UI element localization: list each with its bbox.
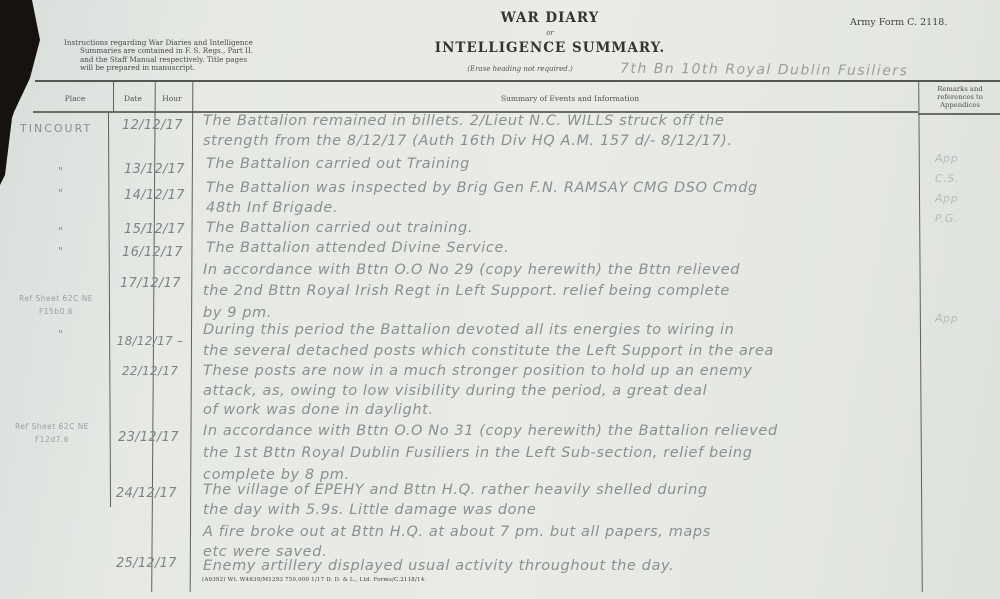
entry-line: the day with 5.9s. Little damage was don… bbox=[203, 502, 536, 518]
entry-date: 13/12/17 bbox=[124, 162, 185, 177]
entry-place: TINCOURT bbox=[20, 122, 92, 135]
entry-place-map-ref: Ref Sheet 62C NE F15b0.6 bbox=[6, 292, 106, 318]
column-header-date: Date bbox=[114, 94, 152, 103]
entry-line: Enemy artillery displayed usual activity… bbox=[203, 558, 674, 574]
column-header-hour: Hour bbox=[154, 94, 190, 103]
entry-date: 25/12/17 bbox=[116, 556, 177, 571]
entry-line: by 9 pm. bbox=[203, 305, 272, 321]
column-divider bbox=[190, 82, 194, 592]
army-form-number: Army Form C. 2118. bbox=[850, 17, 947, 28]
entry-date: 12/12/17 bbox=[122, 118, 183, 133]
instructions-line: will be prepared in manuscript. bbox=[64, 64, 294, 72]
entry-line: The Battalion was inspected by Brig Gen … bbox=[206, 180, 758, 196]
entry-line: The Battalion attended Divine Service. bbox=[206, 240, 509, 256]
entry-date: 16/12/17 bbox=[122, 245, 183, 260]
column-divider bbox=[108, 112, 111, 507]
instructions-block: Instructions regarding War Diaries and I… bbox=[64, 39, 294, 72]
column-divider bbox=[918, 82, 923, 592]
entry-line: A fire broke out at Bttn H.Q. at about 7… bbox=[203, 524, 711, 540]
remark-note: App bbox=[935, 312, 958, 325]
entry-place-map-ref: Ref Sheet 62C NE F12d7.6 bbox=[2, 420, 102, 446]
header-rule-bottom-remarks bbox=[918, 113, 1000, 115]
entry-date: 17/12/17 bbox=[120, 276, 181, 291]
remark-note: App bbox=[935, 192, 958, 205]
column-header-remarks: Remarks and references to Appendices bbox=[924, 85, 996, 109]
entry-line: The village of EPEHY and Bttn H.Q. rathe… bbox=[203, 482, 708, 498]
erase-note: (Erase heading not required.) bbox=[420, 65, 620, 73]
remark-note: App bbox=[935, 152, 958, 165]
entry-place: " bbox=[58, 245, 65, 258]
form-subtitle: INTELLIGENCE SUMMARY. bbox=[400, 40, 700, 56]
entry-line: In accordance with Bttn O.O No 31 (copy … bbox=[203, 423, 778, 439]
entry-line: The Battalion carried out training. bbox=[206, 220, 473, 236]
remark-note: P.G. bbox=[935, 212, 958, 225]
entry-date: 23/12/17 bbox=[118, 430, 179, 445]
entry-line: strength from the 8/12/17 (Auth 16th Div… bbox=[203, 133, 733, 149]
entry-place: " bbox=[58, 165, 65, 178]
entry-line: These posts are now in a much stronger p… bbox=[203, 363, 753, 379]
entry-line: The Battalion remained in billets. 2/Lie… bbox=[203, 113, 724, 129]
entry-date: 24/12/17 bbox=[116, 486, 177, 501]
entry-line: The Battalion carried out Training bbox=[206, 156, 470, 172]
entry-place: " bbox=[58, 187, 65, 200]
entry-line: the 1st Bttn Royal Dublin Fusiliers in t… bbox=[203, 445, 753, 461]
form-title-or: or bbox=[420, 29, 680, 37]
entry-line: the 2nd Bttn Royal Irish Regt in Left Su… bbox=[203, 283, 730, 299]
war-diary-page: Instructions regarding War Diaries and I… bbox=[0, 0, 1000, 599]
entry-line: 48th Inf Brigade. bbox=[206, 200, 338, 216]
column-header-summary: Summary of Events and Information bbox=[330, 94, 810, 103]
entry-line: the several detached posts which constit… bbox=[203, 343, 774, 359]
entry-line: of work was done in daylight. bbox=[203, 402, 434, 418]
form-title: WAR DIARY bbox=[420, 10, 680, 26]
entry-line: During this period the Battalion devoted… bbox=[203, 322, 734, 338]
remark-note: C.S. bbox=[935, 172, 959, 185]
entry-date: 15/12/17 bbox=[124, 222, 185, 237]
entry-place: " bbox=[58, 328, 65, 341]
entry-date-range: 18/12/17 – 22/12/17 bbox=[110, 326, 190, 386]
entry-line: complete by 8 pm. bbox=[203, 467, 350, 483]
header-rule-top bbox=[35, 80, 1000, 82]
entry-line: In accordance with Bttn O.O No 29 (copy … bbox=[203, 262, 740, 278]
printer-imprint: (A9392) Wt. W4839/M1293 750,000 1/17 D. … bbox=[202, 577, 426, 583]
unit-name-handwritten: 7th Bn 10th Royal Dublin Fusiliers bbox=[620, 61, 909, 80]
entry-line: attack, as, owing to low visibility duri… bbox=[203, 383, 707, 399]
entry-place: " bbox=[58, 225, 65, 238]
entry-date: 14/12/17 bbox=[124, 188, 185, 203]
column-header-place: Place bbox=[40, 94, 110, 103]
